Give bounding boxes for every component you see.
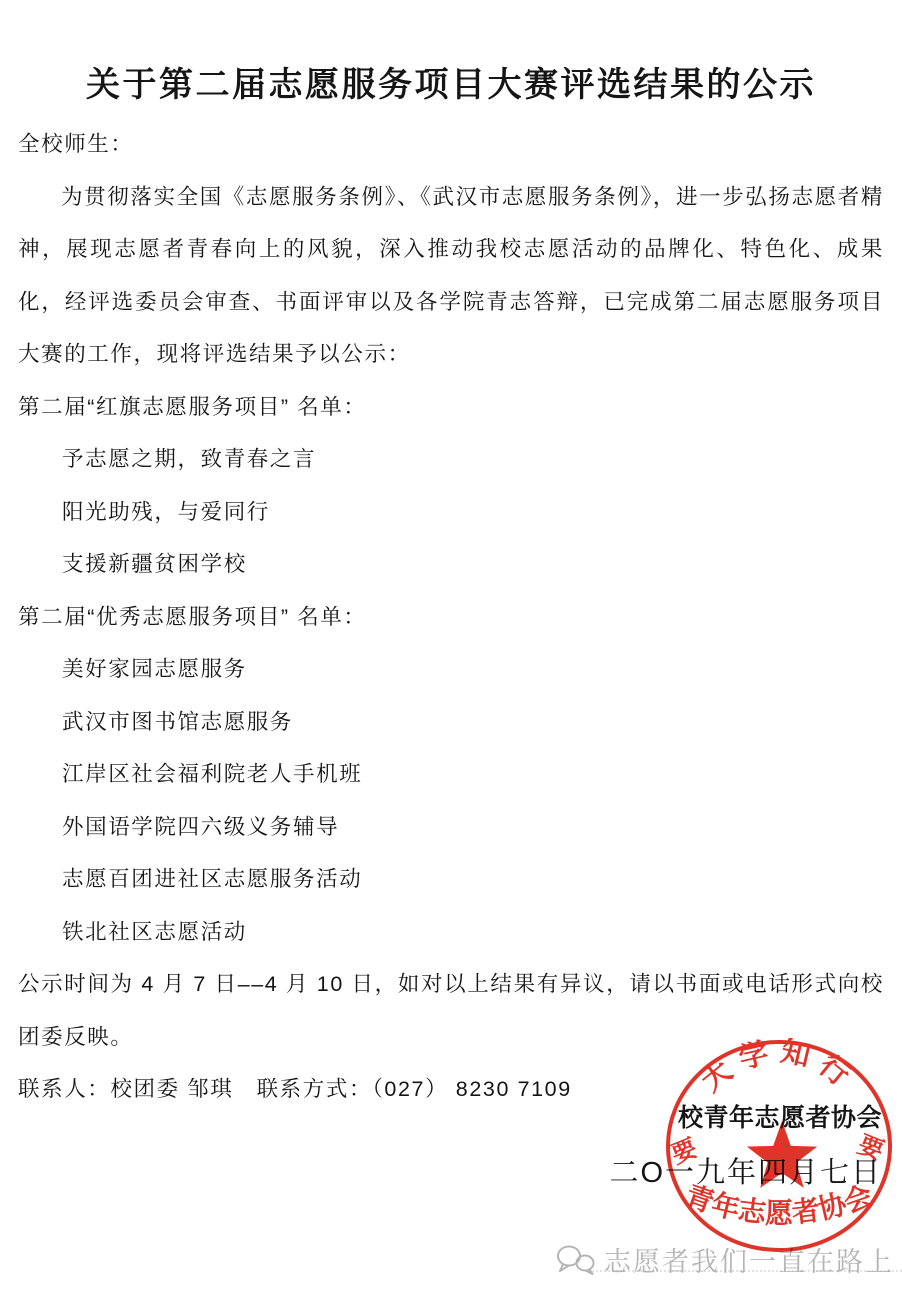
- seal-bottom-arc-text: 青年志愿者协会: [681, 1180, 876, 1229]
- award-item: 外国语学院四六级义务辅导: [18, 801, 884, 854]
- red-flag-section-heading: 第二届“红旗志愿服务项目” 名单：: [18, 381, 884, 434]
- salutation: 全校师生：: [18, 118, 884, 171]
- intro-paragraph: 为贯彻落实全国《志愿服务条例》、《武汉市志愿服务条例》，进一步弘扬志愿者精神，展…: [18, 171, 884, 381]
- excellent-section-heading: 第二届“优秀志愿服务项目” 名单：: [18, 591, 884, 644]
- award-item: 志愿百团进社区志愿服务活动: [18, 853, 884, 906]
- seal-left-partial-char: 要: [667, 1134, 701, 1169]
- award-item: 阳光助残，与爱同行: [18, 486, 884, 539]
- award-item: 美好家园志愿服务: [18, 643, 884, 696]
- award-item: 江岸区社会福利院老人手机班: [18, 748, 884, 801]
- official-seal-stamp: 大学知行 青年志愿者协会 要 要: [663, 1038, 902, 1253]
- award-item: 铁北社区志愿活动: [18, 906, 884, 959]
- page-title: 关于第二届志愿服务项目大赛评选结果的公示: [18, 62, 884, 108]
- award-item: 支援新疆贫困学校: [18, 538, 884, 591]
- award-item: 武汉市图书馆志愿服务: [18, 696, 884, 749]
- wechat-bubbles-icon: [556, 1244, 596, 1276]
- seal-top-arc-text: 大学知行: [695, 1038, 863, 1098]
- star-icon: [747, 1121, 817, 1188]
- seal-right-partial-char: 要: [854, 1130, 888, 1165]
- award-item: 予志愿之期，致青春之言: [18, 433, 884, 486]
